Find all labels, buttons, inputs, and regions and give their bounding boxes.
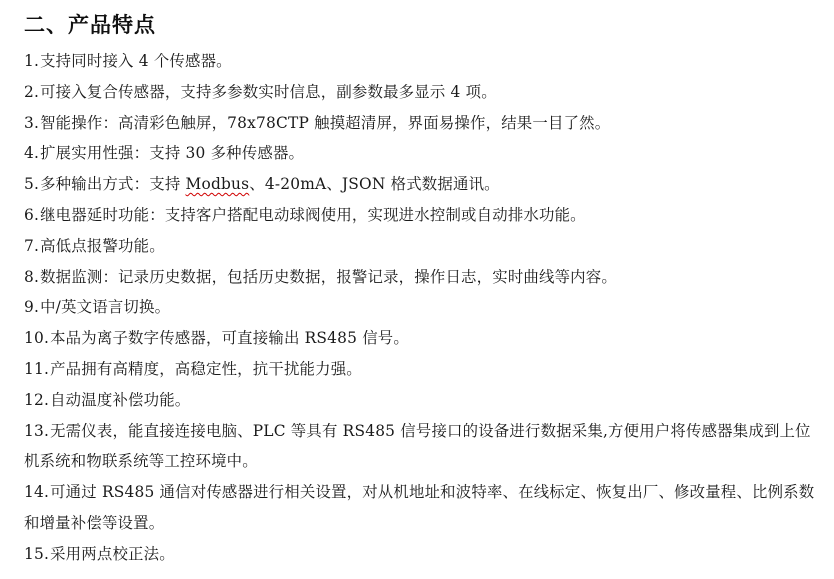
item-number: 3. <box>24 114 39 132</box>
item-text: 多种输出方式：支持 <box>40 175 185 193</box>
item-text: 高低点报警功能。 <box>40 237 165 255</box>
list-item: 14.可通过 RS485 通信对传感器进行相关设置，对从机地址和波特率、在线标定… <box>24 477 824 539</box>
document-body: 二、产品特点 1.支持同时接入 4 个传感器。 2.可接入复合传感器，支持多参数… <box>24 10 824 570</box>
list-item: 5.多种输出方式：支持 Modbus、4-20mA、JSON 格式数据通讯。 <box>24 169 824 200</box>
item-number: 15. <box>24 545 49 563</box>
item-text: 产品拥有高精度，高稳定性，抗干扰能力强。 <box>50 360 362 378</box>
item-number: 10. <box>24 329 49 347</box>
item-text: 可通过 RS485 通信对传感器进行相关设置，对从机地址和波特率、在线标定、恢复… <box>24 483 814 532</box>
list-item: 11.产品拥有高精度，高稳定性，抗干扰能力强。 <box>24 354 824 385</box>
item-number: 13. <box>24 422 49 440</box>
item-number: 2. <box>24 83 39 101</box>
item-text: 可接入复合传感器，支持多参数实时信息，副参数最多显示 4 项。 <box>40 83 497 101</box>
list-item: 6.继电器延时功能：支持客户搭配电动球阀使用，实现进水控制或自动排水功能。 <box>24 200 824 231</box>
item-text: 支持同时接入 4 个传感器。 <box>40 52 232 70</box>
section-heading: 二、产品特点 <box>24 10 824 42</box>
item-number: 6. <box>24 206 39 224</box>
item-text: 本品为离子数字传感器，可直接输出 RS485 信号。 <box>50 329 409 347</box>
item-number: 8. <box>24 268 39 286</box>
item-text: 数据监测：记录历史数据，包括历史数据，报警记录，操作日志，实时曲线等内容。 <box>40 268 617 286</box>
list-item: 15.采用两点校正法。 <box>24 539 824 570</box>
item-number: 12. <box>24 391 49 409</box>
item-number: 11. <box>24 360 49 378</box>
item-number: 5. <box>24 175 39 193</box>
item-number: 1. <box>24 52 39 70</box>
item-text: 中/英文语言切换。 <box>40 298 170 316</box>
list-item: 4.扩展实用性强：支持 30 多种传感器。 <box>24 138 824 169</box>
list-item: 2.可接入复合传感器，支持多参数实时信息，副参数最多显示 4 项。 <box>24 77 824 108</box>
list-item: 9.中/英文语言切换。 <box>24 292 824 323</box>
item-number: 4. <box>24 144 39 162</box>
feature-list: 1.支持同时接入 4 个传感器。 2.可接入复合传感器，支持多参数实时信息，副参… <box>24 46 824 570</box>
item-text: 、4-20mA、JSON 格式数据通讯。 <box>249 175 500 193</box>
item-text: 无需仪表，能直接连接电脑、PLC 等具有 RS485 信号接口的设备进行数据采集… <box>24 422 811 471</box>
spellcheck-marked-word: Modbus <box>186 175 250 193</box>
list-item: 7.高低点报警功能。 <box>24 231 824 262</box>
list-item: 1.支持同时接入 4 个传感器。 <box>24 46 824 77</box>
item-number: 14. <box>24 483 49 501</box>
list-item: 13.无需仪表，能直接连接电脑、PLC 等具有 RS485 信号接口的设备进行数… <box>24 416 824 478</box>
list-item: 3.智能操作：高清彩色触屏，78x78CTP 触摸超清屏，界面易操作，结果一目了… <box>24 108 824 139</box>
list-item: 10.本品为离子数字传感器，可直接输出 RS485 信号。 <box>24 323 824 354</box>
list-item: 12.自动温度补偿功能。 <box>24 385 824 416</box>
item-text: 扩展实用性强：支持 30 多种传感器。 <box>40 144 304 162</box>
item-text: 智能操作：高清彩色触屏，78x78CTP 触摸超清屏，界面易操作，结果一目了然。 <box>40 114 610 132</box>
item-number: 9. <box>24 298 39 316</box>
item-text: 继电器延时功能：支持客户搭配电动球阀使用，实现进水控制或自动排水功能。 <box>40 206 586 224</box>
item-number: 7. <box>24 237 39 255</box>
list-item: 8.数据监测：记录历史数据，包括历史数据，报警记录，操作日志，实时曲线等内容。 <box>24 262 824 293</box>
item-text: 自动温度补偿功能。 <box>50 391 190 409</box>
item-text: 采用两点校正法。 <box>50 545 175 563</box>
